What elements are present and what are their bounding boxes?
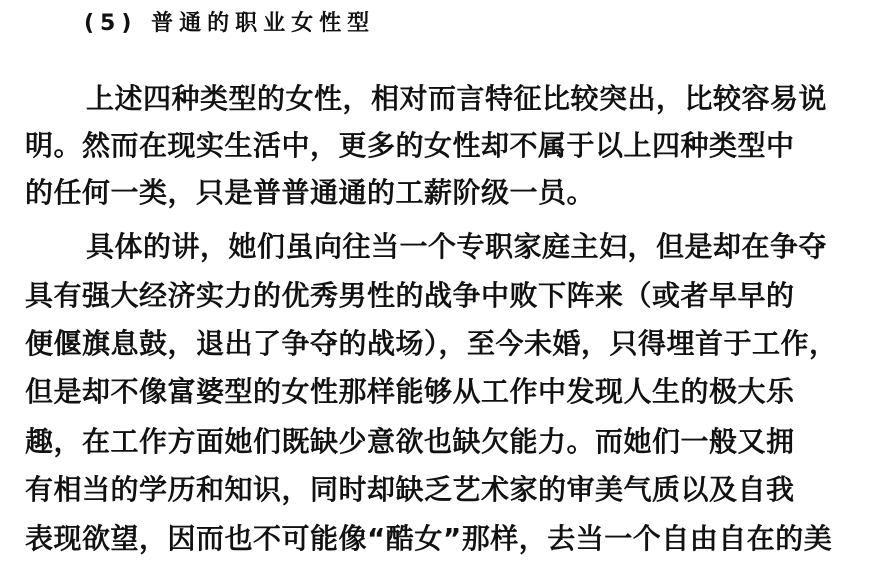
text-line: 具有强大经济实力的优秀男性的战争中败下阵来（或者早早的 [25, 279, 865, 313]
text-line: 趣，在工作方面她们既缺少意欲也缺欠能力。而她们一般又拥 [25, 425, 865, 459]
text-line: 上述四种类型的女性，相对而言特征比较突出，比较容易说 [86, 82, 866, 116]
text-line: 具体的讲，她们虽向往当一个专职家庭主妇，但是却在争夺 [86, 230, 866, 264]
text-line: 表现欲望，因而也不可能像“酷女”那样，去当一个自由自在的美 [25, 522, 865, 556]
section-heading: (5) 普通的职业女性型 [84, 6, 375, 42]
text-line: 的任何一类，只是普普通通的工薪阶级一员。 [25, 176, 865, 210]
text-line: 便偃旗息鼓，退出了争夺的战场），至今未婚，只得埋首于工作， [25, 327, 865, 361]
text-line: 有相当的学历和知识，同时却缺乏艺术家的审美气质以及自我 [25, 473, 865, 507]
text-line: 明。然而在现实生活中，更多的女性却不属于以上四种类型中 [25, 129, 865, 163]
book-page: (5) 普通的职业女性型 上述四种类型的女性，相对而言特征比较突出，比较容易说 … [0, 0, 888, 583]
text-line: 但是却不像富婆型的女性那样能够从工作中发现人生的极大乐 [25, 375, 865, 409]
